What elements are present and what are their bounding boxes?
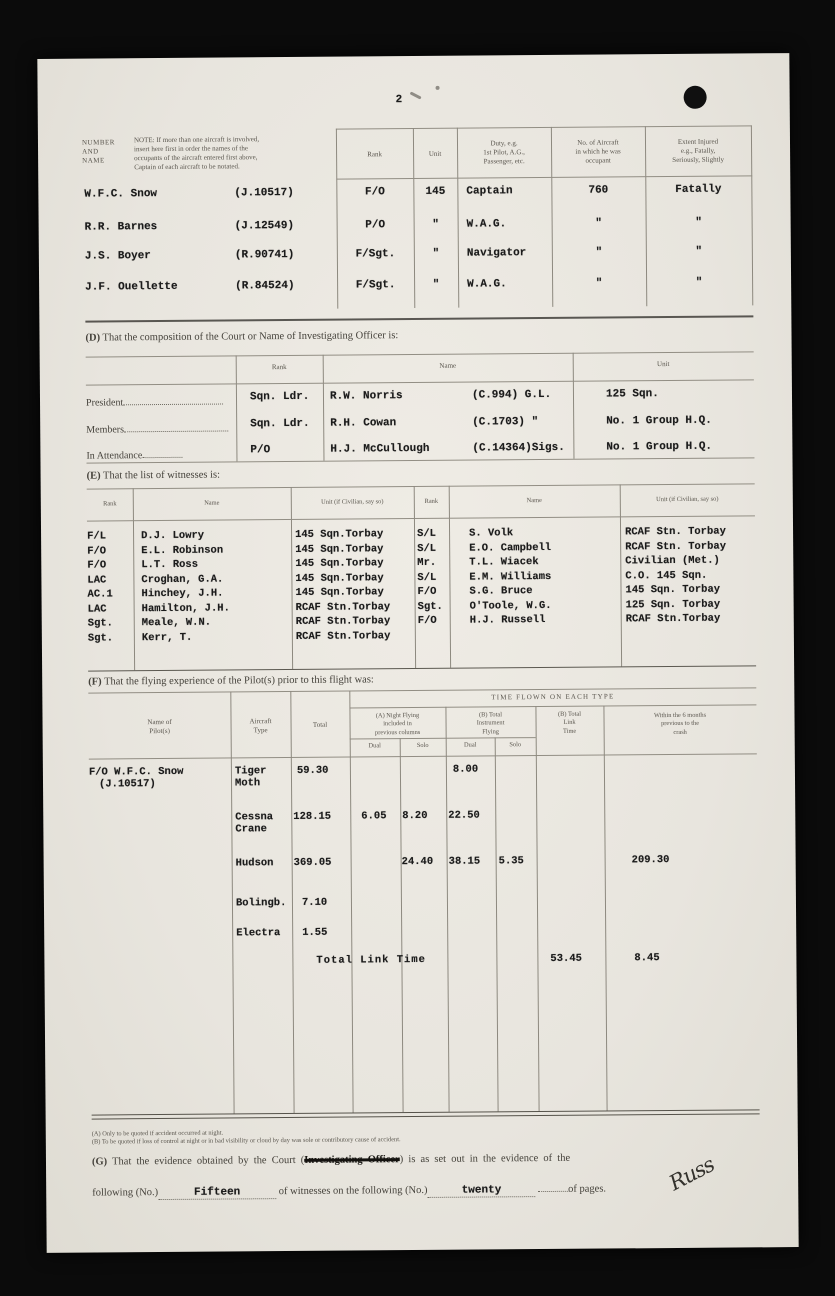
rule [535, 706, 539, 1111]
witness-unit: RCAF Stn.Torbay [296, 630, 391, 643]
col-header-name: Name [323, 361, 573, 372]
footnote-b: (B) To be quoted if loss of control at n… [92, 1136, 401, 1147]
witness-name: Hinchey, J.H. [141, 588, 223, 601]
occupant-rank: F/Sgt. [337, 248, 414, 261]
sub-header-solo: Solo [495, 741, 536, 750]
col-header-link-time: (B) Total Link Time [535, 711, 603, 737]
document-page: 2 NUMBER AND NAME NOTE: If more than one… [37, 53, 798, 1253]
sub-header-dual: Dual [350, 742, 400, 751]
rule [495, 737, 499, 1111]
rule [620, 484, 622, 666]
witness-name: Hamilton, J.H. [142, 602, 230, 615]
aircraft-type: Tiger Moth [235, 765, 267, 789]
col-header-instrument: (B) Total Instrument Flying [445, 711, 535, 737]
col-header-name: Name [449, 496, 620, 506]
witness-unit: RCAF Stn.Torbay [296, 601, 391, 614]
instrument-dual-hours: 8.00 [453, 764, 478, 776]
witness-name: E.L. Robinson [141, 545, 223, 558]
dotted-leader [538, 1181, 568, 1192]
witness-name: Kerr, T. [142, 632, 193, 644]
col-header-aircraft: No. of Aircraft in which he was occupant [551, 138, 645, 166]
witness-unit: RCAF Stn.Torbay [626, 613, 721, 626]
witness-rank: F/O [87, 559, 106, 571]
section-divider [85, 315, 753, 322]
rule [414, 486, 416, 668]
instrument-dual-hours: 22.50 [448, 810, 480, 822]
struck-investigating-officer: Investigating Officer [304, 1154, 400, 1166]
occupant-aircraft: " [552, 277, 646, 290]
rule [86, 351, 754, 357]
court-number: (C.14364)Sigs. [472, 442, 565, 455]
occupant-unit: " [414, 279, 458, 292]
rule [86, 457, 754, 463]
section-f-heading: That the flying experience of the Pilot(… [104, 674, 374, 687]
court-unit: No. 1 Group H.Q. [606, 415, 712, 428]
total-link-time-value: 53.45 [550, 953, 582, 965]
section-g-text-1: That the evidence obtained by the Court … [112, 1155, 304, 1168]
occupant-extent: Fatally [645, 183, 751, 196]
witness-unit: C.O. 145 Sqn. [625, 570, 707, 583]
section-g-text-4: of witnesses on the following (No.) [279, 1185, 428, 1197]
occupant-aircraft: " [552, 217, 646, 230]
col-header-extent: Extent Injured e.g., Fatally, Seriously,… [645, 137, 751, 165]
night-solo-hours: 8.20 [402, 810, 427, 822]
court-unit: No. 1 Group H.Q. [606, 441, 712, 454]
total-link-time-label: Total Link Time [316, 954, 426, 967]
section-e-label: (E) [87, 470, 101, 481]
col-header-six-months: Within the 6 months previous to the cras… [603, 711, 756, 737]
section-g-label: (G) [92, 1156, 107, 1167]
section-d-label: (D) [85, 332, 100, 343]
sub-header-solo: Solo [400, 742, 446, 751]
witness-rank: F/O [417, 586, 436, 598]
rule [349, 691, 353, 1113]
six-months-total-value: 8.45 [634, 952, 659, 964]
col-header-unit: Unit [573, 359, 754, 370]
court-name: R.W. Norris [330, 390, 403, 403]
evidence-statement-section: (G) That the evidence obtained by the Co… [37, 53, 789, 59]
section-g-text-2: ) is as set out in the evidence of the [400, 1153, 570, 1165]
witness-rank: Mr. [417, 557, 436, 569]
occupant-name: R.R. Barnes [85, 221, 158, 234]
occupant-aircraft: " [552, 246, 646, 259]
witness-rank: F/O [87, 545, 106, 557]
witness-unit: 145 Sqn.Torbay [295, 528, 383, 541]
witness-rank: Sgt. [88, 632, 113, 644]
witnesses-section: (E) That the list of witnesses is: Rank … [37, 53, 789, 59]
occupant-name: J.F. Ouellette [85, 281, 178, 294]
witness-rank: Sgt. [418, 601, 443, 613]
aircraft-type: Hudson [236, 857, 274, 869]
court-unit: 125 Sqn. [606, 388, 659, 401]
rule [350, 737, 536, 739]
occupant-duty: W.A.G. [467, 218, 507, 231]
court-rank: Sqn. Ldr. [250, 418, 310, 431]
col-header-name: Name [133, 499, 291, 509]
col-header-unit: Unit (if Civilian, say so) [291, 498, 414, 507]
pilot-name: F/O W.F.C. Snow [89, 766, 184, 779]
court-number: (C.994) G.L. [472, 389, 551, 402]
occupant-name: J.S. Boyer [85, 250, 151, 263]
witness-name: Croghan, G.A. [141, 574, 223, 587]
witness-rank: LAC [87, 574, 106, 586]
rule [400, 738, 404, 1112]
occupant-rank: F/O [336, 186, 413, 199]
occupant-rank: P/O [337, 219, 414, 232]
six-months-hours: 209.30 [632, 854, 670, 866]
table-row: R.R. Barnes (J.12549) P/O " W.A.G. " " [37, 53, 789, 59]
table-row: President Sqn. Ldr. R.W. Norris (C.994) … [37, 53, 789, 59]
total-hours: 128.15 [293, 811, 331, 823]
occupant-aircraft: 760 [551, 184, 645, 197]
night-dual-hours: 6.05 [361, 810, 386, 822]
court-rank: Sqn. Ldr. [250, 391, 310, 404]
witness-unit: RCAF Stn. Torbay [625, 541, 726, 554]
occupant-unit: 145 [413, 186, 457, 199]
occupant-extent: " [646, 276, 752, 289]
total-hours: 369.05 [294, 857, 332, 869]
dotted-leader [142, 447, 182, 458]
time-flown-header: TIME FLOWN ON EACH TYPE [349, 691, 756, 703]
scan-background: { "colors": {"background": "#0b0b0b", "p… [0, 0, 835, 1296]
court-rank: P/O [250, 444, 270, 457]
witness-rank: S/L [417, 543, 436, 555]
instrument-dual-hours: 38.15 [449, 856, 481, 868]
witness-name: S.G. Bruce [469, 585, 532, 598]
occupants-row-label: NUMBER AND NAME [82, 138, 130, 166]
witness-name: T.L. Wiacek [469, 556, 538, 569]
witness-rank: F/L [87, 530, 106, 542]
witness-rank: AC.1 [87, 588, 112, 600]
witness-unit: 145 Sqn.Torbay [295, 572, 383, 585]
dotted-leader [123, 394, 223, 406]
occupant-extent: " [646, 245, 752, 258]
witness-rank: Sgt. [88, 617, 113, 629]
aircraft-type: Bolingb. [236, 897, 287, 909]
rule [336, 125, 752, 129]
dotted-leader [124, 420, 228, 432]
rule [290, 691, 294, 1113]
smudge [436, 86, 440, 90]
rule [449, 486, 451, 668]
witness-unit: 125 Sqn. Torbay [626, 599, 721, 612]
court-role: In Attendance [86, 450, 142, 461]
occupant-duty: Captain [466, 185, 512, 198]
rule [291, 487, 293, 669]
col-header-rank: Rank [414, 498, 449, 507]
section-g-text-3: following (No.) [92, 1187, 158, 1199]
table-row: J.S. Boyer (R.90741) F/Sgt. " Navigator … [37, 53, 789, 59]
col-header-rank: Rank [236, 363, 323, 373]
punch-hole-dot [684, 86, 707, 109]
occupant-unit: " [414, 248, 458, 261]
occupant-duty: W.A.G. [467, 278, 507, 291]
witness-name: D.J. Lowry [141, 530, 204, 543]
instrument-solo-hours: 5.35 [499, 855, 524, 867]
rule [86, 379, 754, 385]
occupant-number: (J.10517) [234, 187, 294, 200]
occupant-extent: " [646, 216, 752, 229]
witness-rank: S/L [417, 572, 436, 584]
witness-unit: RCAF Stn. Torbay [625, 526, 726, 539]
witness-name: E.M. Williams [469, 571, 551, 584]
table-row: W.F.C. Snow (J.10517) F/O 145 Captain 76… [37, 53, 789, 59]
witness-name: E.O. Campbell [469, 542, 551, 555]
occupants-table: NUMBER AND NAME NOTE: If more than one a… [37, 53, 789, 59]
col-header-total: Total [291, 721, 350, 731]
night-solo-hours: 24.40 [402, 856, 434, 868]
occupant-duty: Navigator [467, 247, 527, 260]
col-header-pilot: Name of Pilot(s) [89, 717, 231, 736]
court-composition-section: (D) That the composition of the Court or… [37, 53, 789, 59]
page-count-value: twenty [462, 1184, 502, 1196]
rule [603, 706, 607, 1111]
witness-name: Meale, W.N. [142, 617, 211, 630]
occupants-note: NOTE: If more than one aircraft is invol… [134, 135, 348, 173]
court-number: (C.1703) " [472, 416, 538, 429]
flying-experience-section: (F) That the flying experience of the Pi… [37, 53, 789, 59]
witness-name: H.J. Russell [470, 614, 546, 627]
table-row: J.F. Ouellette (R.84524) F/Sgt. " W.A.G.… [37, 53, 789, 59]
col-header-night-flying: (A) Night Flying included in previous co… [349, 712, 445, 738]
table-row: Members Sqn. Ldr. R.H. Cowan (C.1703) " … [37, 53, 789, 59]
occupant-number: (R.90741) [235, 249, 295, 262]
court-role: President [86, 397, 123, 408]
total-hours: 1.55 [302, 927, 327, 939]
rule [336, 175, 752, 179]
rule [230, 691, 234, 1113]
witness-count-value: Fifteen [194, 1186, 240, 1198]
witness-name: L.T. Ross [141, 559, 198, 572]
col-header-rank: Rank [336, 150, 413, 160]
witness-unit: Civilian (Met.) [625, 555, 720, 568]
aircraft-type: Cessna Crane [235, 811, 273, 835]
witness-unit: 145 Sqn. Torbay [625, 584, 720, 597]
occupant-rank: F/Sgt. [337, 279, 414, 292]
section-d-heading: That the composition of the Court or Nam… [102, 330, 398, 343]
rule [88, 665, 756, 671]
witness-unit: 145 Sqn.Torbay [295, 543, 383, 556]
witness-unit: 145 Sqn.Torbay [295, 586, 383, 599]
col-header-unit: Unit (if Civilian, say so) [620, 495, 755, 504]
col-header-unit: Unit [413, 150, 457, 159]
occupant-unit: " [414, 219, 458, 232]
section-g-text-5: of pages. [568, 1184, 606, 1195]
smudge [410, 91, 422, 99]
page-number: 2 [396, 94, 403, 107]
court-role: Members [86, 424, 124, 435]
col-header-type: Aircraft Type [231, 717, 291, 736]
rule [89, 753, 757, 759]
occupant-number: (J.12549) [235, 220, 295, 233]
pilot-number: (J.10517) [99, 778, 156, 791]
witness-rank: LAC [88, 603, 107, 615]
section-e-heading: That the list of witnesses is: [103, 470, 220, 482]
col-header-duty: Duty, e.g. 1st Pilot, A.G., Passenger, e… [457, 139, 551, 167]
court-name: H.J. McCullough [330, 443, 429, 456]
witness-rank: F/O [418, 615, 437, 627]
table-row: In Attendance P/O H.J. McCullough (C.143… [37, 53, 789, 59]
occupant-number: (R.84524) [235, 280, 295, 293]
rule [445, 707, 449, 1112]
witness-name: O'Toole, W.G. [470, 600, 552, 613]
sub-header-dual: Dual [446, 741, 495, 750]
rule [133, 488, 135, 670]
rule [87, 483, 755, 489]
col-header-rank: Rank [87, 500, 133, 509]
witness-name: S. Volk [469, 527, 513, 539]
section-f-label: (F) [88, 676, 102, 687]
occupant-name: W.F.C. Snow [84, 188, 157, 201]
witness-unit: 145 Sqn.Torbay [295, 557, 383, 570]
aircraft-type: Electra [236, 927, 280, 939]
witness-rank: S/L [417, 528, 436, 540]
total-hours: 7.10 [302, 897, 327, 909]
court-name: R.H. Cowan [330, 417, 396, 430]
witness-unit: RCAF Stn.Torbay [296, 615, 391, 628]
rule [87, 515, 755, 521]
total-hours: 59.30 [297, 765, 329, 777]
rule [349, 704, 756, 708]
